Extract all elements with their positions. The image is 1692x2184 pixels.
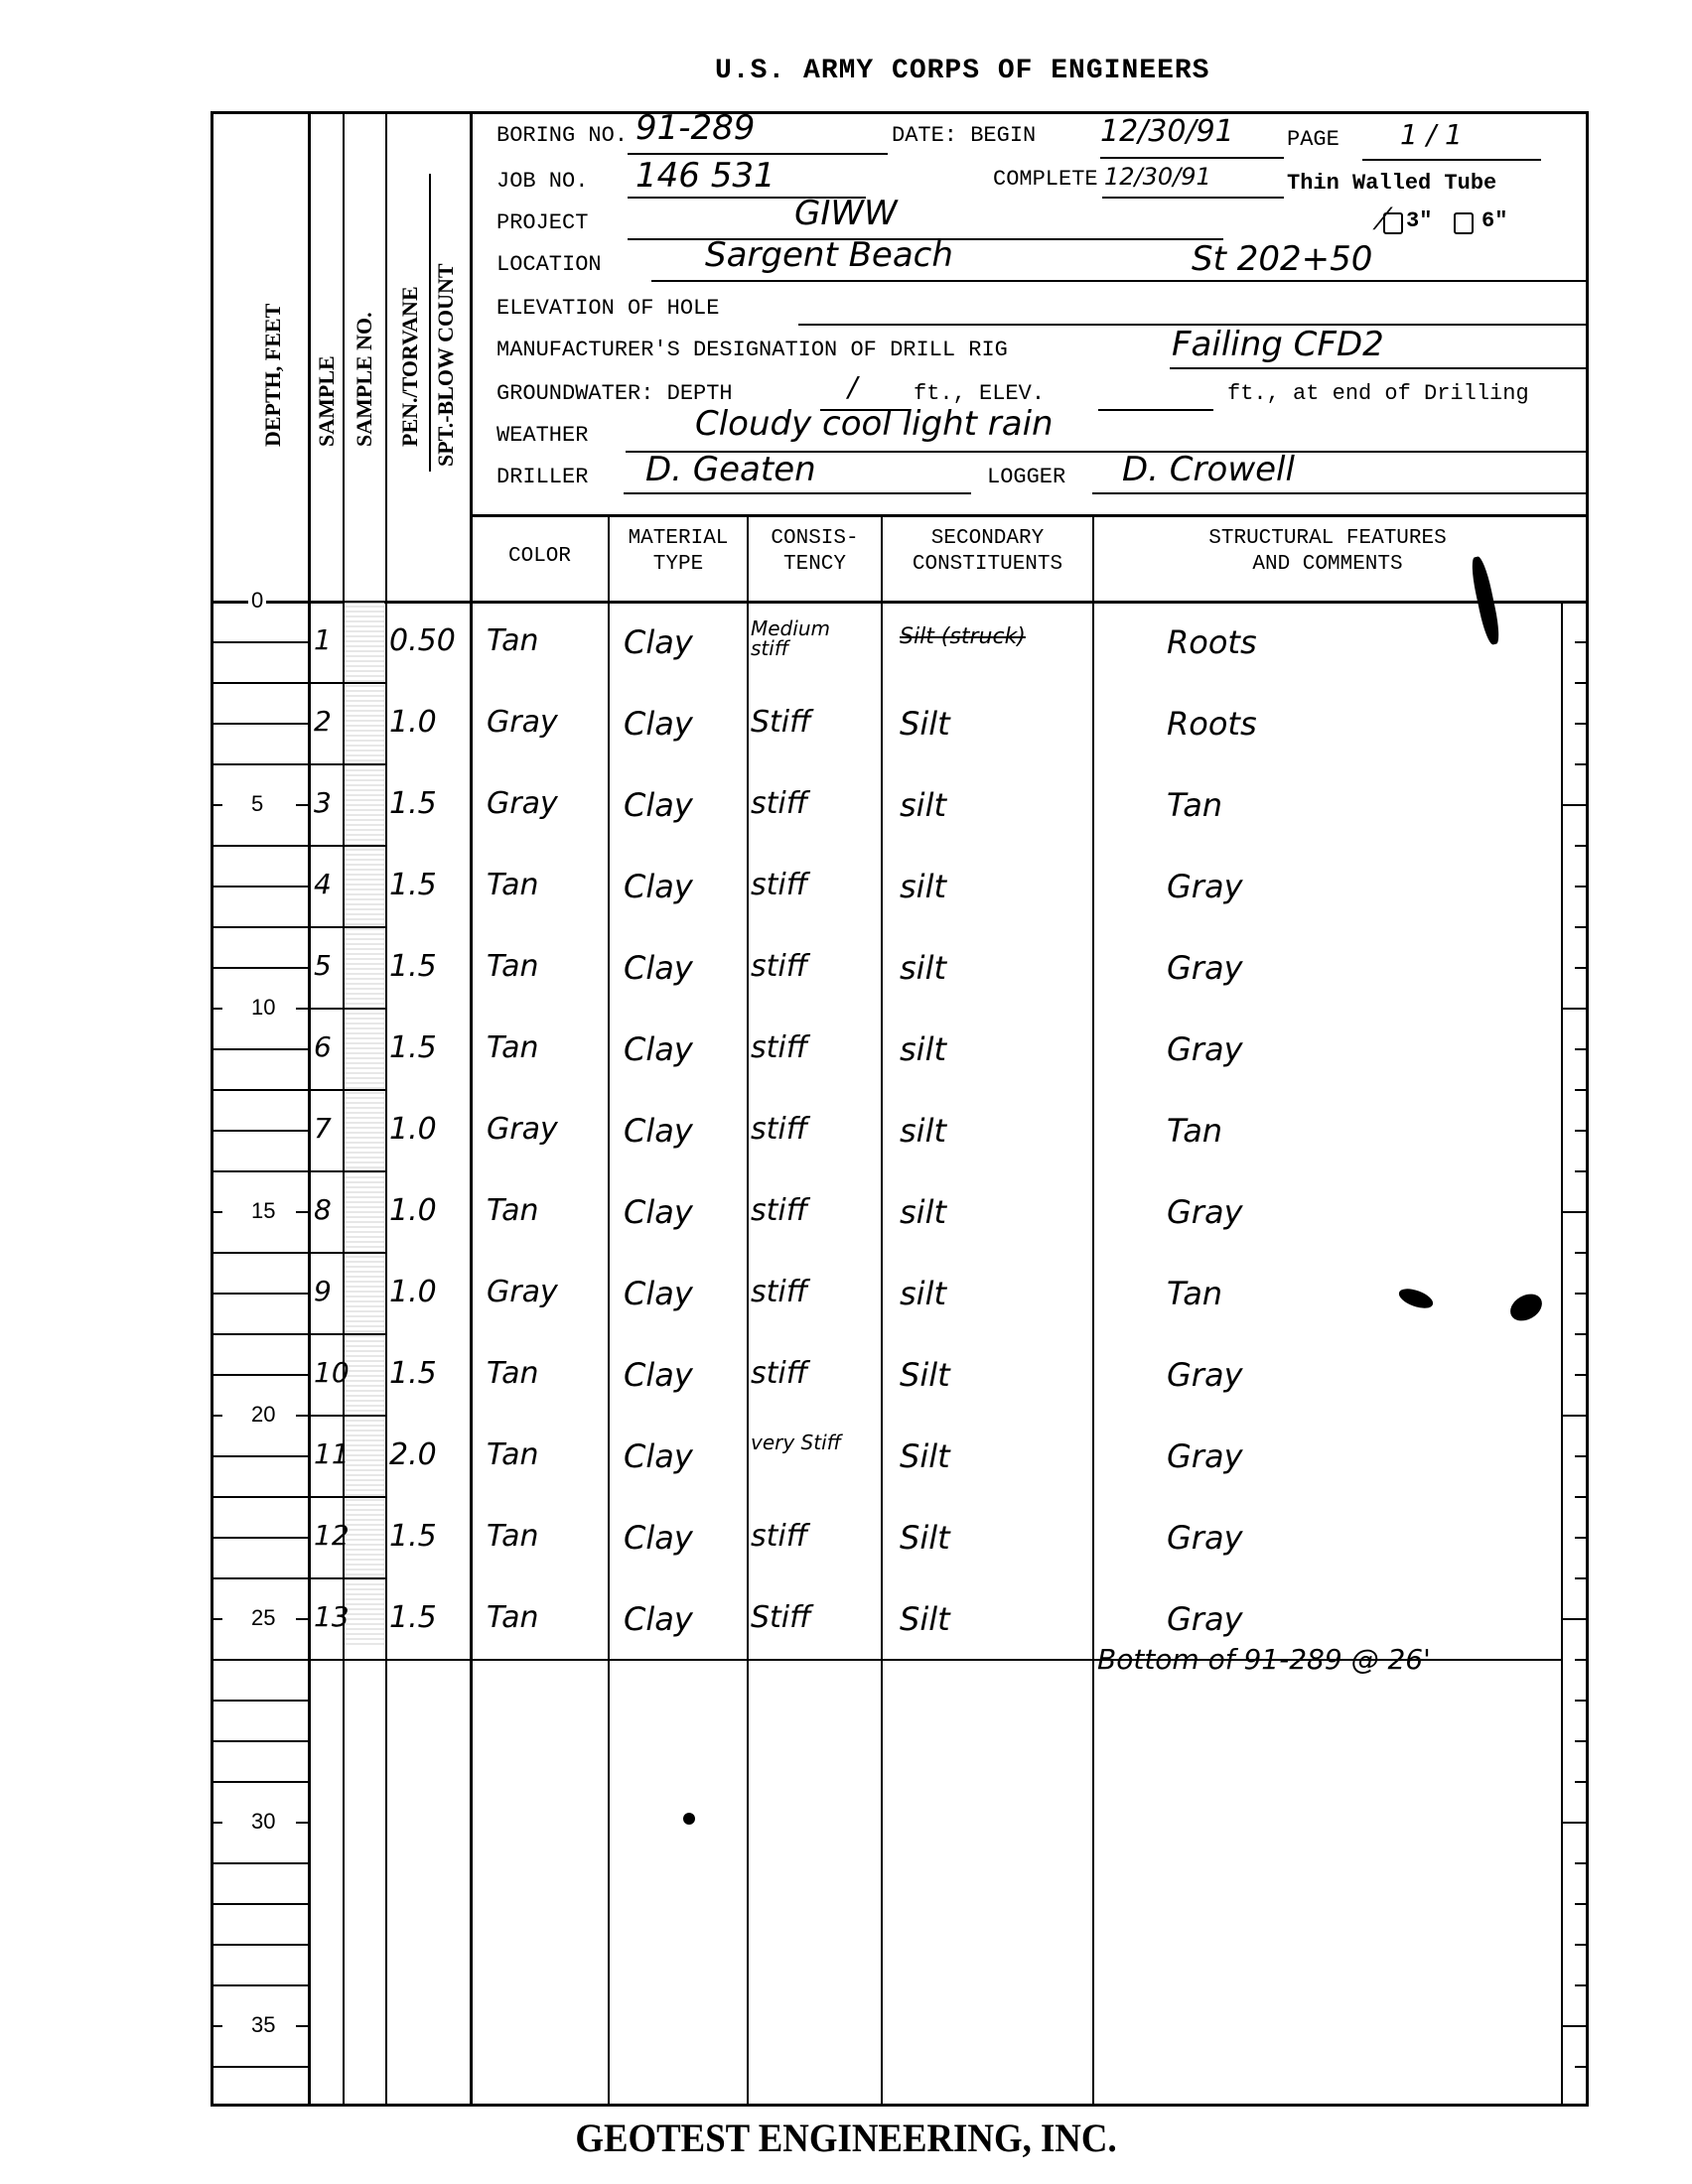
right-scale-tick: [1575, 1700, 1589, 1702]
right-scale-tick: [1575, 1984, 1589, 1986]
depth-tick: [211, 1537, 308, 1539]
sample-comments: Gray: [1167, 871, 1243, 902]
sample-secondary: Silt: [900, 1603, 950, 1635]
complete-label: COMPLETE: [993, 167, 1098, 192]
sample-pen: 1.5: [389, 1033, 437, 1063]
consistency-column-header: CONSIS- TENCY: [749, 526, 881, 578]
depth-tick: [211, 1781, 308, 1783]
depth-tick: [211, 641, 308, 643]
pen-column-line: [470, 111, 473, 2107]
weather-label: WEATHER: [496, 423, 588, 448]
sample-secondary: Silt: [900, 1440, 950, 1472]
right-scale-tick: [1575, 1455, 1589, 1457]
right-scale-tick: [1575, 886, 1589, 887]
boring-no-label: BORING NO.: [496, 123, 628, 148]
right-scale-tick: [1575, 1333, 1589, 1335]
sample-comments: Tan: [1167, 1115, 1222, 1147]
depth-tick: [211, 1700, 308, 1702]
location-underline: [651, 280, 1589, 282]
sample-interval-shading: [345, 603, 384, 1645]
thin-walled-tube-label: Thin Walled Tube: [1287, 171, 1496, 196]
form-title: U.S. ARMY CORPS OF ENGINEERS: [715, 56, 1209, 86]
sample-color: Tan: [487, 1359, 539, 1389]
sample-secondary: silt: [900, 871, 946, 902]
sample-interval-line: [308, 845, 385, 847]
right-scale-tick: [1561, 804, 1589, 806]
depth-label: 25: [248, 1606, 278, 1630]
right-scale-tick: [1561, 2025, 1589, 2027]
right-scale-tick: [1575, 1659, 1589, 1661]
sample-material: Clay: [624, 1033, 693, 1065]
sample-consistency: stiff: [751, 1033, 807, 1063]
right-scale-tick: [1575, 1537, 1589, 1539]
sample-interval-line: [308, 1008, 385, 1010]
sample-color: Tan: [487, 952, 539, 982]
sample-consistency: stiff: [751, 1115, 807, 1145]
sample-comments: Tan: [1167, 789, 1222, 821]
depth-tick: [211, 1822, 222, 1824]
location-label: LOCATION: [496, 252, 602, 277]
sample-pen: 1.5: [389, 871, 437, 900]
tube-6in-checkbox[interactable]: [1454, 212, 1474, 234]
depth-label: 5: [248, 792, 266, 816]
depth-tick: [296, 1618, 308, 1620]
sample-interval-line: [308, 1252, 385, 1254]
sample-material: Clay: [624, 1522, 693, 1554]
sample-secondary: silt: [900, 952, 946, 984]
sample-comments: Gray: [1167, 1033, 1243, 1065]
depth-tick: [211, 845, 308, 847]
driller-label: DRILLER: [496, 465, 588, 489]
color-column-line: [608, 514, 610, 2107]
sample-interval-line: [308, 763, 385, 765]
depth-tick: [296, 1415, 308, 1417]
depth-label: 30: [248, 1810, 278, 1834]
sample-consistency: very Stiff: [751, 1433, 870, 1452]
right-scale-tick: [1575, 1374, 1589, 1376]
depth-tick: [296, 2025, 308, 2027]
color-column-header: COLOR: [472, 544, 608, 570]
boring-no-field[interactable]: 91-289: [635, 111, 755, 145]
depth-tick: [211, 1008, 222, 1010]
sample-material: Clay: [624, 1359, 693, 1391]
gw-elev-underline: [1098, 409, 1213, 411]
sample-consistency: Stiff: [751, 1603, 811, 1633]
right-scale-tick: [1575, 1048, 1589, 1050]
checkmark-icon: ⁄: [1380, 203, 1385, 237]
sample-secondary: silt: [900, 1278, 946, 1309]
job-no-label: JOB NO.: [496, 169, 588, 194]
depth-tick: [296, 1008, 308, 1010]
sample-material: Clay: [624, 1603, 693, 1635]
groundwater-label: GROUNDWATER: DEPTH: [496, 381, 733, 406]
depth-tick: [296, 804, 308, 806]
right-scale-tick: [1575, 1089, 1589, 1091]
sample-pen: 1.5: [389, 1522, 437, 1552]
pen-spt-divider: [429, 174, 431, 472]
logger-label: LOGGER: [987, 465, 1065, 489]
sample-no: 7: [314, 1115, 332, 1143]
sample-material: Clay: [624, 708, 693, 740]
bottom-of-boring-note: Bottom of 91-289 @ 26': [1097, 1646, 1431, 1674]
page-field[interactable]: 1 / 1: [1400, 121, 1463, 149]
depth-tick: [211, 1659, 308, 1661]
material-column-line: [747, 514, 749, 2107]
station-field[interactable]: St 202+50: [1192, 242, 1372, 276]
sample-no: 11: [314, 1440, 350, 1468]
gw-end-label: ft., at end of Drilling: [1227, 381, 1529, 406]
sample-comments: Roots: [1167, 708, 1257, 740]
depth-tick: [211, 886, 308, 887]
drill-rig-label: MANUFACTURER'S DESIGNATION OF DRILL RIG: [496, 338, 1008, 362]
sample-color: Tan: [487, 1522, 539, 1552]
sample-color: Gray: [487, 1115, 558, 1145]
sample-comments: Roots: [1167, 626, 1257, 658]
right-scale-tick: [1575, 1903, 1589, 1905]
drill-rig-underline: [1170, 367, 1589, 369]
sample-consistency: Stiff: [751, 708, 811, 738]
sample-color: Gray: [487, 789, 558, 819]
tube-6in-label: 6": [1481, 208, 1507, 233]
depth-feet-header: DEPTH, FEET: [260, 304, 286, 447]
pen-torvane-header: PEN./TORVANE: [397, 286, 423, 447]
consistency-column-line: [881, 514, 883, 2107]
right-scale-tick: [1575, 1944, 1589, 1946]
spt-blow-count-header: SPT.-BLOW COUNT: [433, 263, 459, 467]
right-scale-tick: [1575, 682, 1589, 684]
right-scale-line: [1561, 601, 1563, 2107]
depth-tick: [211, 1944, 308, 1946]
job-no-field[interactable]: 146 531: [635, 159, 775, 193]
right-scale-tick: [1575, 641, 1589, 643]
elevation-label: ELEVATION OF HOLE: [496, 296, 719, 321]
material-type-column-header: MATERIAL TYPE: [610, 526, 747, 578]
sample-material: Clay: [624, 626, 693, 658]
sample-pen: 1.5: [389, 1603, 437, 1633]
sample-color: Tan: [487, 1196, 539, 1226]
boring-no-underline: [628, 153, 888, 155]
structural-features-column-header: STRUCTURAL FEATURES AND COMMENTS: [1094, 526, 1561, 578]
sample-no: 1: [314, 626, 332, 654]
sample-material: Clay: [624, 1440, 693, 1472]
right-scale-tick: [1575, 1130, 1589, 1132]
depth-tick: [211, 1455, 308, 1457]
depth-tick: [211, 1577, 308, 1579]
ink-smudge: [683, 1813, 695, 1825]
sample-pen: 1.5: [389, 952, 437, 982]
right-scale-tick: [1561, 1822, 1589, 1824]
sample-secondary: Silt: [900, 1359, 950, 1391]
sample-secondary: silt: [900, 1196, 946, 1228]
depth-tick: [211, 682, 308, 684]
depth-tick: [211, 723, 308, 725]
complete-underline: [1102, 197, 1284, 199]
sample-consistency: Medium stiff: [751, 618, 870, 658]
depth-tick: [211, 1211, 222, 1213]
depth-tick: [211, 926, 308, 928]
sample-no: 2: [314, 708, 332, 736]
date-begin-label: DATE: BEGIN: [892, 123, 1036, 148]
right-scale-tick: [1561, 1008, 1589, 1010]
sample-no: 12: [314, 1522, 350, 1550]
right-scale-tick: [1575, 1781, 1589, 1783]
depth-tick: [211, 967, 308, 969]
header-divider: [470, 514, 1589, 517]
sample-interval-line: [308, 1333, 385, 1335]
sample-no: 13: [314, 1603, 350, 1631]
depth-tick: [211, 1089, 308, 1091]
right-scale-tick: [1561, 1415, 1589, 1417]
sample-consistency: stiff: [751, 952, 807, 982]
depth-label: 10: [248, 996, 278, 1020]
sample-secondary: Silt: [900, 708, 950, 740]
depth-tick: [211, 804, 222, 806]
driller-field[interactable]: D. Geaten: [645, 453, 816, 486]
sample-material: Clay: [624, 871, 693, 902]
company-footer: GEOTEST ENGINEERING, INC.: [68, 2115, 1624, 2161]
depth-tick: [211, 1130, 308, 1132]
sample-material: Clay: [624, 1278, 693, 1309]
sample-pen: 1.5: [389, 789, 437, 819]
depth-label: 15: [248, 1199, 278, 1223]
driller-underline: [624, 492, 971, 494]
logger-field[interactable]: D. Crowell: [1122, 453, 1295, 486]
page-label: PAGE: [1287, 127, 1339, 152]
depth-tick: [296, 1211, 308, 1213]
sample-interval-line: [308, 926, 385, 928]
depth-tick: [211, 1170, 308, 1172]
sample-consistency: stiff: [751, 1522, 807, 1552]
right-scale-tick: [1575, 845, 1589, 847]
sample-comments: Tan: [1167, 1278, 1222, 1309]
right-scale-tick: [1575, 1252, 1589, 1254]
drill-rig-field[interactable]: Failing CFD2: [1172, 328, 1384, 361]
sample-color: Gray: [487, 1278, 558, 1307]
sample-pen: 1.0: [389, 1196, 437, 1226]
sample-color: Tan: [487, 626, 539, 656]
right-scale-tick: [1575, 1170, 1589, 1172]
sample-consistency: stiff: [751, 789, 807, 819]
sample-secondary: silt: [900, 1033, 946, 1065]
depth-tick: [211, 2066, 308, 2068]
sample-color: Gray: [487, 708, 558, 738]
depth-label: 35: [248, 2013, 278, 2037]
depth-tick: [211, 1862, 308, 1864]
sample-material: Clay: [624, 952, 693, 984]
sample-color: Tan: [487, 1603, 539, 1633]
date-begin-underline: [1100, 157, 1284, 159]
sample-comments: Gray: [1167, 1196, 1243, 1228]
sample-interval-line: [308, 1496, 385, 1498]
secondary-column-line: [1092, 514, 1094, 2107]
sample-no: 9: [314, 1278, 332, 1305]
sample-material: Clay: [624, 789, 693, 821]
sample-interval-line: [308, 682, 385, 684]
sample-interval-line: [308, 1415, 385, 1417]
right-scale-tick: [1575, 926, 1589, 928]
right-scale-tick: [1561, 1618, 1589, 1620]
location-field[interactable]: Sargent Beach: [705, 238, 953, 272]
date-begin-field[interactable]: 12/30/91: [1100, 117, 1234, 147]
depth-tick: [211, 1252, 308, 1254]
sample-secondary: silt: [900, 1115, 946, 1147]
right-scale-tick: [1575, 1293, 1589, 1295]
right-scale-tick: [1575, 2066, 1589, 2068]
project-label: PROJECT: [496, 210, 588, 235]
right-scale-tick: [1575, 1577, 1589, 1579]
right-scale-tick: [1561, 1211, 1589, 1213]
weather-field[interactable]: Cloudy cool light rain: [695, 407, 1054, 441]
sample-color: Tan: [487, 1033, 539, 1063]
groundwater-depth-field[interactable]: /: [848, 373, 857, 401]
sample-pen: 1.0: [389, 1115, 437, 1145]
sample-comments: Gray: [1167, 1603, 1243, 1635]
sample-interval-line: [308, 1170, 385, 1172]
depth-tick: [211, 1740, 308, 1742]
sample-consistency: stiff: [751, 1196, 807, 1226]
sample-no: 10: [314, 1359, 350, 1387]
right-scale-tick: [1575, 763, 1589, 765]
page-underline: [1362, 159, 1541, 161]
sample-comments: Gray: [1167, 1522, 1243, 1554]
depth-label: 0: [248, 589, 266, 613]
sample-color: Tan: [487, 1440, 539, 1470]
sample-pen: 1.5: [389, 1359, 437, 1389]
right-scale-tick: [1575, 967, 1589, 969]
depth-column-line: [308, 111, 311, 2107]
sample-header: SAMPLE: [314, 355, 340, 447]
sample-secondary: Silt: [900, 1522, 950, 1554]
depth-tick: [211, 763, 308, 765]
sample-comments: Gray: [1167, 1440, 1243, 1472]
sample-consistency: stiff: [751, 1278, 807, 1307]
sample-no: 4: [314, 871, 332, 898]
sample-interval-line: [308, 1577, 385, 1579]
sample-no-column-line: [385, 111, 387, 2107]
sample-consistency: stiff: [751, 1359, 807, 1389]
logger-underline: [1092, 492, 1589, 494]
right-scale-tick: [1575, 1740, 1589, 1742]
right-scale-tick: [1575, 1862, 1589, 1864]
sample-secondary: silt: [900, 789, 946, 821]
depth-tick: [211, 1333, 308, 1335]
sample-material: Clay: [624, 1196, 693, 1228]
sample-pen: 0.50: [389, 626, 456, 656]
depth-tick: [211, 1293, 308, 1295]
depth-tick: [211, 1496, 308, 1498]
depth-tick: [211, 1415, 222, 1417]
depth-tick: [211, 1984, 308, 1986]
depth-tick: [211, 1374, 308, 1376]
date-complete-field[interactable]: 12/30/91: [1104, 165, 1211, 189]
sample-secondary: Silt (struck): [900, 626, 1026, 648]
depth-tick: [296, 1822, 308, 1824]
sample-comments: Gray: [1167, 952, 1243, 984]
sample-no: 5: [314, 952, 332, 980]
depth-tick: [211, 1618, 222, 1620]
sample-pen: 1.0: [389, 708, 437, 738]
depth-label: 20: [248, 1403, 278, 1427]
depth-tick: [211, 1048, 308, 1050]
depth-tick: [211, 2025, 222, 2027]
sample-color: Tan: [487, 871, 539, 900]
secondary-constituents-column-header: SECONDARY CONSTITUENTS: [883, 526, 1092, 578]
sample-consistency: stiff: [751, 871, 807, 900]
sample-comments: Gray: [1167, 1359, 1243, 1391]
tube-3in-label: 3": [1406, 208, 1432, 233]
gw-elev-label: ft., ELEV.: [914, 381, 1045, 406]
sample-pen: 1.0: [389, 1278, 437, 1307]
sample-material: Clay: [624, 1115, 693, 1147]
right-scale-tick: [1575, 1496, 1589, 1498]
tube-3in-checkbox[interactable]: [1383, 212, 1403, 234]
project-field[interactable]: GIWW: [794, 197, 898, 230]
right-scale-tick: [1575, 723, 1589, 725]
sample-interval-line: [308, 1089, 385, 1091]
column-header-divider: [211, 601, 1589, 604]
sample-no: 3: [314, 789, 332, 817]
sample-no-header: SAMPLE NO.: [352, 312, 377, 447]
sample-pen: 2.0: [389, 1440, 437, 1470]
depth-tick: [211, 1903, 308, 1905]
sample-no: 6: [314, 1033, 332, 1061]
sample-no: 8: [314, 1196, 332, 1224]
